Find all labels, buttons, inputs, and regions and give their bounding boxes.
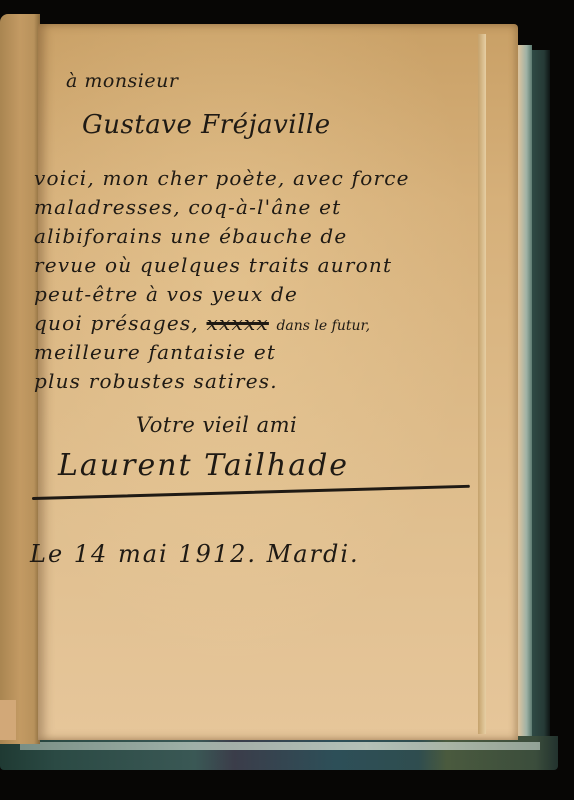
page-edge — [478, 34, 486, 734]
book-page-bottom-edge — [20, 742, 540, 750]
body-line-8: plus robustes satires. — [34, 369, 278, 393]
signature: Laurent Tailhade — [58, 448, 349, 483]
body-line-7: meilleure fantaisie et — [34, 340, 276, 364]
body-line-3: alibiforains une ébauche de — [34, 224, 347, 248]
body-line-6: quoi présages, xxxxx dans le futur, — [34, 311, 370, 335]
recipient-name: Gustave Fréjaville — [82, 110, 331, 140]
photo-scene: à monsieur Gustave Fréjaville voici, mon… — [0, 0, 574, 800]
body-line-4: revue où quelques traits auront — [34, 253, 392, 277]
body-line-6-text: quoi présages, — [34, 311, 199, 335]
salutation: à monsieur — [66, 70, 178, 92]
previous-leaf-corner — [0, 700, 16, 740]
closing: Votre vieil ami — [136, 413, 297, 437]
struck-out-word: xxxxx — [207, 311, 269, 335]
body-line-1: voici, mon cher poète, avec force — [34, 166, 410, 190]
date-line: Le 14 mai 1912. Mardi. — [30, 540, 360, 568]
body-line-2: maladresses, coq-à-l'âne et — [34, 195, 341, 219]
insertion-note: dans le futur, — [276, 318, 370, 334]
body-line-5: peut-être à vos yeux de — [34, 282, 298, 306]
